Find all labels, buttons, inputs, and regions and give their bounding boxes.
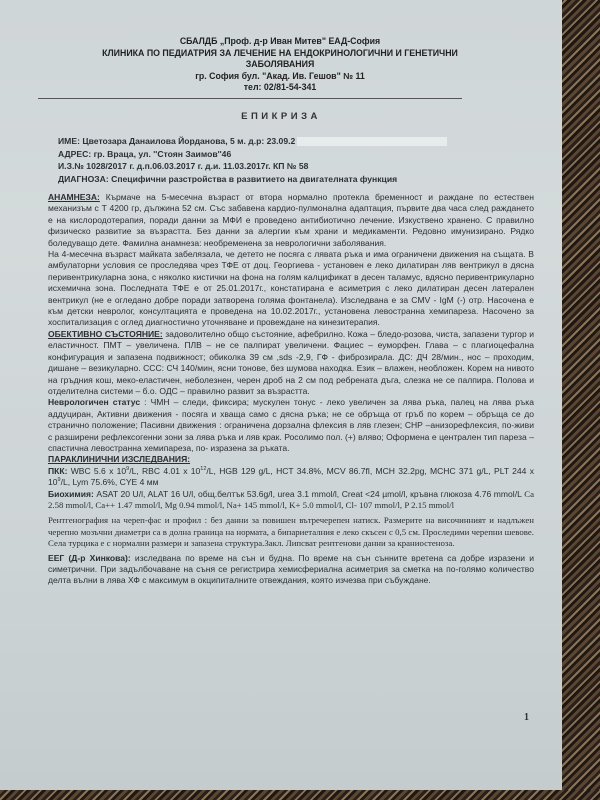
anamnesis-paragraph: АНАМНЕЗА: Кърмаче на 5-месечна възраст о… (48, 192, 534, 249)
objective-heading: ОБЕКТИВНО СЪСТОЯНИЕ: (48, 329, 163, 339)
name-value: Цветозара Данаилова Йорданова, 5 м. д.р:… (82, 136, 295, 146)
address-label: АДРЕС: (58, 149, 91, 159)
paraclinical-heading: ПАРАКЛИНИЧНИ ИЗСЛЕДВАНИЯ: (48, 454, 190, 464)
clinic-name: КЛИНИКА ПО ПЕДИАТРИЯ ЗА ЛЕЧЕНИЕ НА ЕНДОК… (40, 48, 520, 60)
header-divider (38, 98, 462, 99)
pkk-label: ПКК: (48, 466, 67, 476)
hospital-header: СБАЛДБ „Проф. д-р Иван Митев" ЕАД-София … (40, 36, 520, 94)
hospital-name: СБАЛДБ „Проф. д-р Иван Митев" ЕАД-София (40, 36, 520, 48)
hospital-address: гр. София бул. "Акад. Ив. Гешов" № 11 (40, 71, 520, 83)
record-row: И.З.№ 1028/2017 г. д.п.06.03.2017 г. д.и… (58, 160, 528, 173)
document-body: АНАМНЕЗА: Кърмаче на 5-месечна възраст о… (48, 192, 534, 587)
anamnesis-text: Кърмаче на 5-месечна възраст от втора но… (48, 192, 534, 248)
name-label: ИМЕ: (58, 136, 80, 146)
diagnosis-label: ДИАГНОЗА: (58, 174, 109, 184)
diagnosis-row: ДИАГНОЗА: Специфични разстройства в разв… (58, 173, 528, 186)
wbc-value: WBC 5.6 x 10 (67, 466, 126, 476)
neuro-heading: Неврологичен статус (48, 397, 140, 407)
history-paragraph: На 4-месечна възраст майката забелязала,… (48, 249, 534, 329)
eeg-paragraph: ЕЕГ (Д-р Хинкова): изследвана по време н… (48, 553, 534, 587)
xray-paragraph: Рентгенография на череп-фас и профил : б… (48, 515, 534, 549)
biochemistry-label: Биохимия: (48, 489, 94, 499)
document-page: СБАЛДБ „Проф. д-р Иван Митев" ЕАД-София … (0, 0, 562, 790)
clinic-name-cont: ЗАБОЛЯВАНИЯ (40, 59, 520, 71)
patient-name-row: ИМЕ: Цветозара Данаилова Йорданова, 5 м.… (58, 135, 528, 148)
diagnosis-value: Специфични разстройства в развитието на … (111, 174, 397, 184)
background-fabric (556, 0, 600, 800)
patient-address-row: АДРЕС: гр. Враца, ул. ''Стоян Заимов''46 (58, 148, 528, 161)
redaction-bar (297, 137, 447, 146)
neuro-paragraph: Неврологичен статус : ЧМН – следи, фикси… (48, 397, 534, 454)
background-fabric-bottom (0, 790, 600, 800)
document-title: ЕПИКРИЗА (0, 111, 562, 122)
hospital-phone: тел: 02/81-54-341 (40, 82, 520, 94)
address-value: гр. Враца, ул. ''Стоян Заимов''46 (94, 149, 232, 159)
anamnesis-heading: АНАМНЕЗА: (48, 192, 100, 202)
cbc-values-cont: /L, Lym 75.6%, CYE 4 мм (61, 477, 159, 487)
blood-count-paragraph: ПКК: WBC 5.6 x 109/L, RBC 4.01 x 1012/L,… (48, 466, 534, 489)
page-number: 1 (524, 712, 529, 723)
eeg-label: ЕЕГ (Д-р Хинкова): (48, 553, 131, 563)
rbc-value: /L, RBC 4.01 x 10 (129, 466, 200, 476)
biochemistry-paragraph: Биохимия: ASAT 20 U/l, ALAT 16 U/l, общ.… (48, 489, 534, 512)
biochemistry-values: ASAT 20 U/l, ALAT 16 U/l, общ.белтък 53.… (94, 489, 522, 499)
patient-info: ИМЕ: Цветозара Данаилова Йорданова, 5 м.… (58, 135, 528, 185)
paraclinical-heading-row: ПАРАКЛИНИЧНИ ИЗСЛЕДВАНИЯ: (48, 454, 534, 465)
objective-paragraph: ОБЕКТИВНО СЪСТОЯНИЕ: задоволително общо … (48, 329, 534, 397)
